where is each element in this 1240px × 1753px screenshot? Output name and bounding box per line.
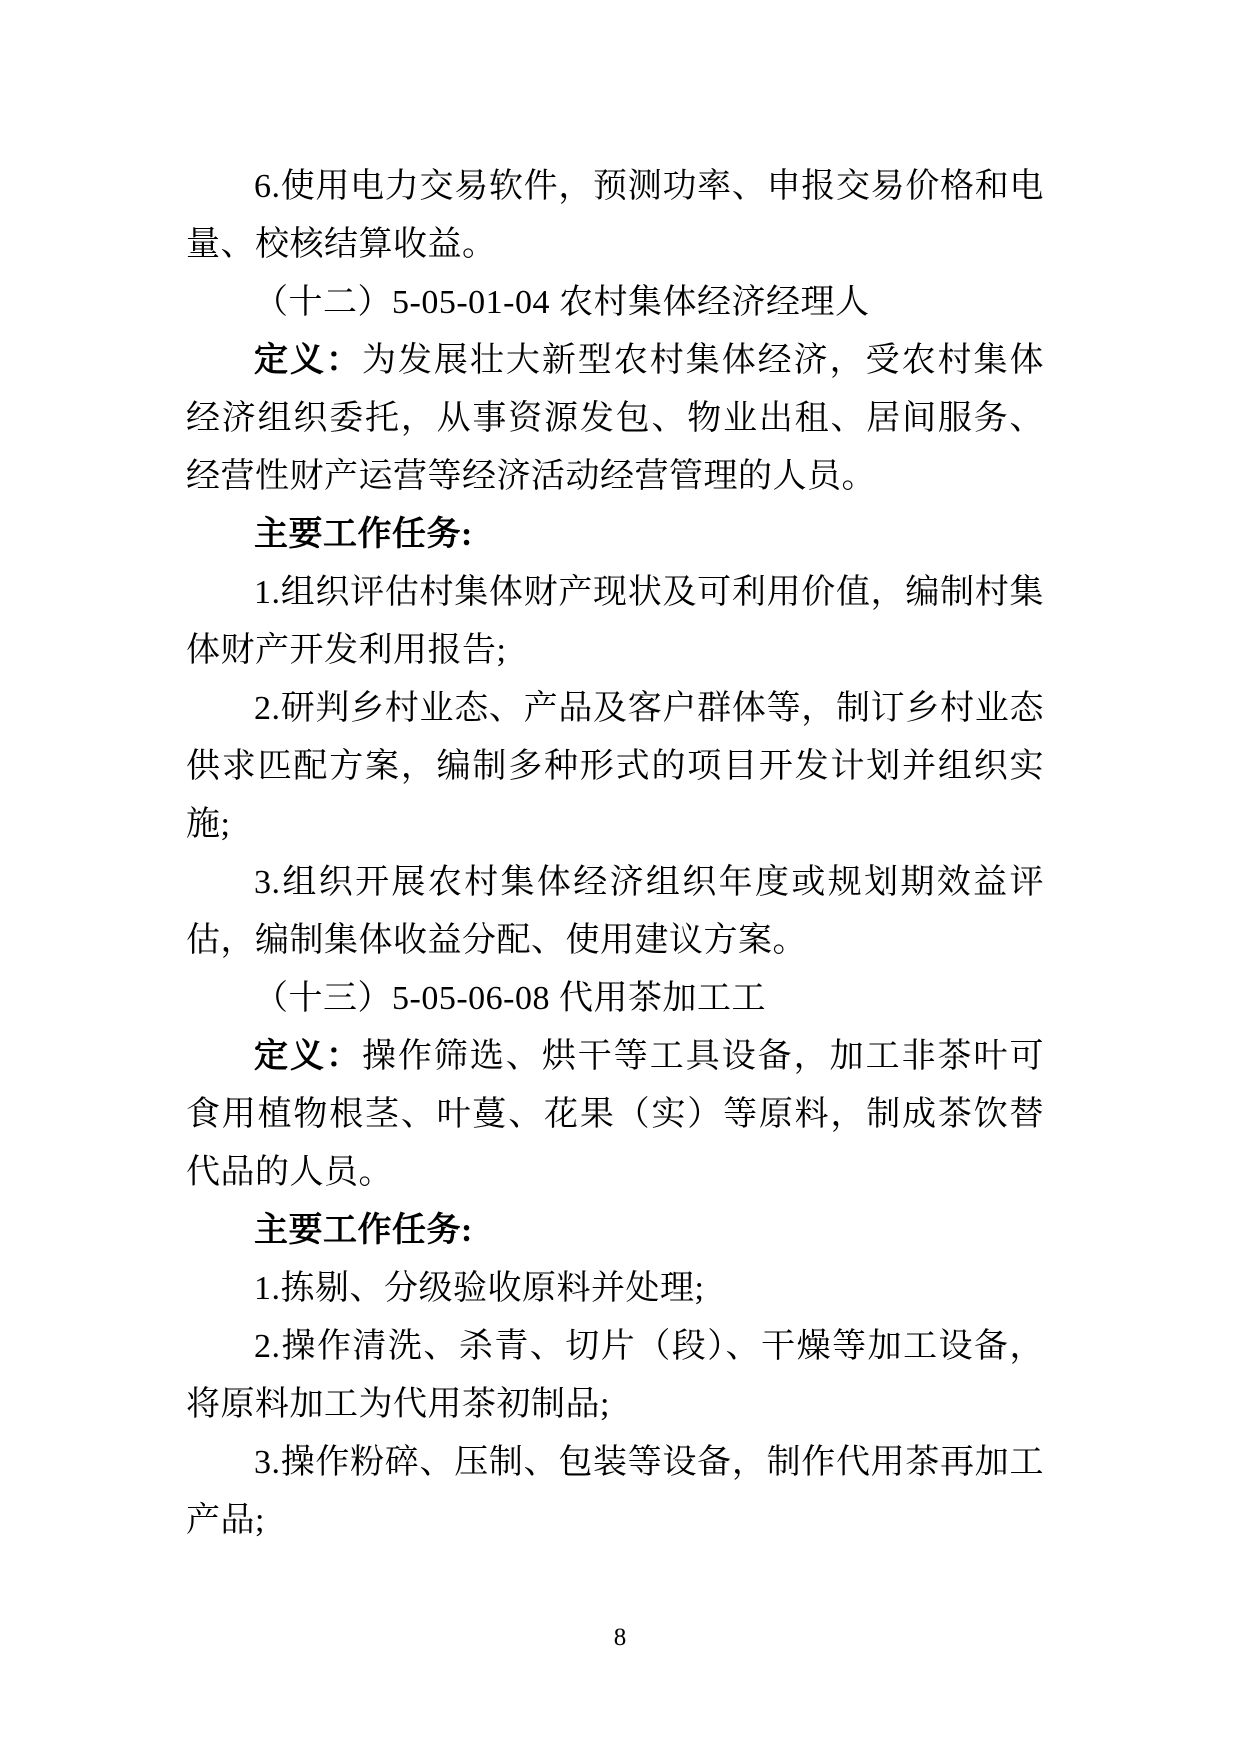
task-item: 1.拣剔、分级验收原料并处理; bbox=[186, 1260, 1044, 1318]
page-number: 8 bbox=[0, 1622, 1240, 1654]
task-item: 3.操作粉碎、压制、包装等设备，制作代用茶再加工产品; bbox=[186, 1434, 1044, 1550]
task-item: 3.组织开展农村集体经济组织年度或规划期效益评估，编制集体收益分配、使用建议方案… bbox=[186, 854, 1044, 970]
tasks-label-text: 主要工作任务: bbox=[254, 516, 473, 553]
paragraph-text: 1.拣剔、分级验收原料并处理; bbox=[254, 1270, 704, 1307]
document-page: 6.使用电力交易软件，预测功率、申报交易价格和电量、校核结算收益。 （十二）5-… bbox=[0, 0, 1240, 1753]
definition-label: 定义： bbox=[254, 1038, 362, 1075]
tasks-label: 主要工作任务: bbox=[186, 506, 1044, 564]
tasks-label: 主要工作任务: bbox=[186, 1202, 1044, 1260]
paragraph-text: 2.研判乡村业态、产品及客户群体等，制订乡村业态供求匹配方案，编制多种形式的项目… bbox=[186, 690, 1044, 843]
section-heading: （十二）5-05-01-04 农村集体经济经理人 bbox=[186, 274, 1044, 332]
paragraph-text: 2.操作清洗、杀青、切片（段）、干燥等加工设备，将原料加工为代用茶初制品; bbox=[186, 1328, 1044, 1423]
heading-text: （十二）5-05-01-04 农村集体经济经理人 bbox=[254, 284, 869, 321]
paragraph-text: 3.操作粉碎、压制、包装等设备，制作代用茶再加工产品; bbox=[186, 1444, 1044, 1539]
heading-text: （十三）5-05-06-08 代用茶加工工 bbox=[254, 980, 766, 1017]
section-heading: （十三）5-05-06-08 代用茶加工工 bbox=[186, 970, 1044, 1028]
paragraph-text: 6.使用电力交易软件，预测功率、申报交易价格和电量、校核结算收益。 bbox=[186, 168, 1044, 263]
paragraph-text: 3.组织开展农村集体经济组织年度或规划期效益评估，编制集体收益分配、使用建议方案… bbox=[186, 864, 1044, 959]
task-item: 6.使用电力交易软件，预测功率、申报交易价格和电量、校核结算收益。 bbox=[186, 158, 1044, 274]
paragraph-text: 1.组织评估村集体财产现状及可利用价值，编制村集体财产开发利用报告; bbox=[186, 574, 1044, 669]
task-item: 2.操作清洗、杀青、切片（段）、干燥等加工设备，将原料加工为代用茶初制品; bbox=[186, 1318, 1044, 1434]
definition-label: 定义： bbox=[254, 342, 362, 379]
task-item: 1.组织评估村集体财产现状及可利用价值，编制村集体财产开发利用报告; bbox=[186, 564, 1044, 680]
definition-paragraph: 定义：操作筛选、烘干等工具设备，加工非茶叶可食用植物根茎、叶蔓、花果（实）等原料… bbox=[186, 1028, 1044, 1202]
task-item: 2.研判乡村业态、产品及客户群体等，制订乡村业态供求匹配方案，编制多种形式的项目… bbox=[186, 680, 1044, 854]
definition-paragraph: 定义：为发展壮大新型农村集体经济，受农村集体经济组织委托，从事资源发包、物业出租… bbox=[186, 332, 1044, 506]
document-body: 6.使用电力交易软件，预测功率、申报交易价格和电量、校核结算收益。 （十二）5-… bbox=[186, 158, 1044, 1550]
tasks-label-text: 主要工作任务: bbox=[254, 1212, 473, 1249]
